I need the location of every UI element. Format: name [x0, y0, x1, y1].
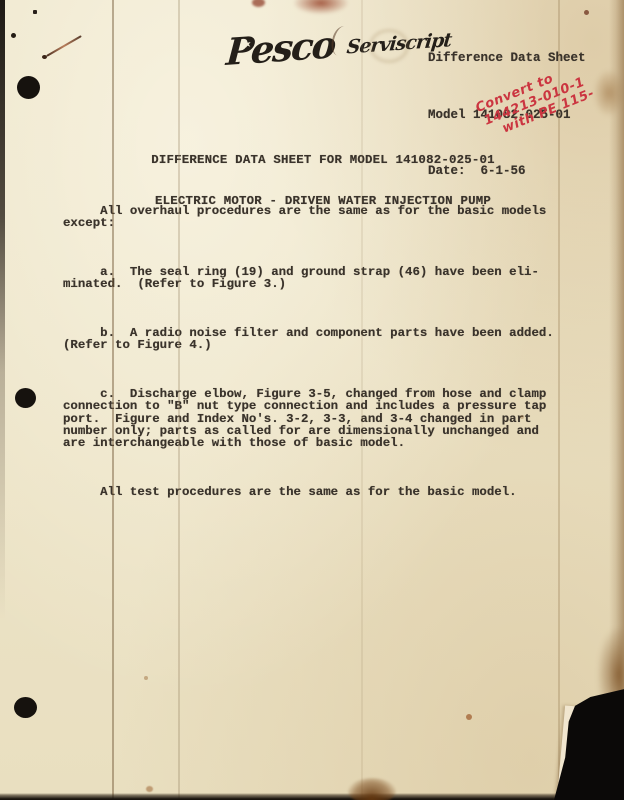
paragraph-a: a. The seal ring (19) and ground strap (…	[63, 266, 554, 291]
paper-crease	[558, 0, 560, 800]
punch-hole	[15, 388, 36, 408]
speck	[466, 714, 472, 720]
speck	[520, 415, 524, 419]
scan-edge-left	[0, 0, 5, 620]
stain	[294, 0, 348, 14]
speck	[42, 55, 47, 59]
punch-hole	[17, 76, 40, 99]
stain	[594, 70, 624, 116]
scratch-mark	[46, 35, 82, 57]
intro-paragraph: All overhaul procedures are the same as …	[63, 205, 554, 230]
speck	[146, 786, 153, 792]
smudge-ring	[369, 29, 409, 63]
paper-crease	[361, 0, 363, 800]
document-page: Pesco★Serviscript Difference Data Sheet …	[0, 0, 624, 800]
stain	[252, 0, 265, 7]
paragraph-b: b. A radio noise filter and component pa…	[63, 327, 554, 352]
speck	[11, 33, 16, 38]
speck	[584, 10, 589, 15]
paper-crease	[112, 0, 114, 800]
closing-paragraph: All test procedures are the same as for …	[63, 486, 554, 498]
title-line-1: DIFFERENCE DATA SHEET FOR MODEL 141082-0…	[150, 154, 496, 168]
paragraph-c: c. Discharge elbow, Figure 3-5, changed …	[63, 388, 554, 449]
pesco-wordmark: Pesco	[225, 22, 336, 74]
speck	[144, 676, 148, 680]
stain	[348, 778, 396, 800]
punch-hole	[14, 697, 37, 718]
paper-crease	[178, 0, 180, 800]
document-body: All overhaul procedures are the same as …	[63, 180, 554, 535]
scan-edge-bottom	[0, 793, 580, 800]
speck	[33, 10, 37, 14]
